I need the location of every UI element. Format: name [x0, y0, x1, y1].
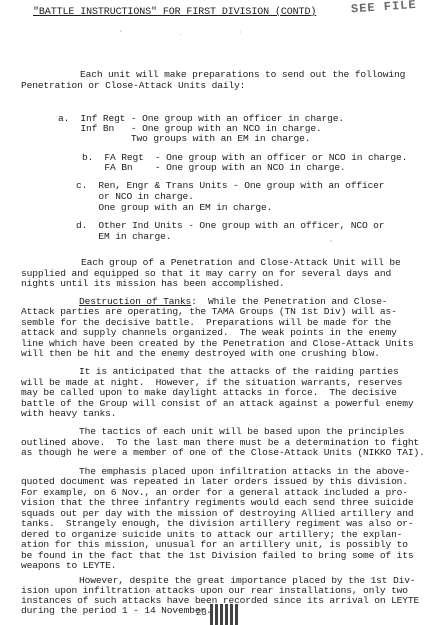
item-c-line-3: One group with an EM in charge. [76, 202, 272, 213]
document-page: SEE FILE "BATTLE INSTRUCTIONS" FOR FIRST… [0, 0, 425, 625]
page-number: 23 [196, 608, 207, 618]
emphasis-line-8: ation for this mission, unusual for an a… [21, 539, 408, 550]
emphasis-line-10: weapons to LEYTE. [21, 560, 116, 571]
stamp-mark-bottom [210, 604, 240, 625]
anticipated-line-3: may be called upon to make daylight atta… [21, 387, 397, 398]
file-stamp: SEE FILE [351, 0, 422, 16]
intro-line-2: Penetration or Close-Attack Units daily: [21, 80, 245, 91]
tanks-line-4: attack and supply channels organized. Th… [21, 327, 397, 338]
scan-speckle [330, 240, 332, 242]
scan-speckle [120, 30, 122, 32]
item-c-line-2: or NCO in charge. [76, 191, 194, 202]
item-c-line-1: c. Ren, Engr & Trans Units - One group w… [76, 180, 384, 191]
scan-speckle [300, 140, 302, 142]
anticipated-line-1: It is anticipated that the attacks of th… [79, 366, 399, 377]
item-d-line-1: d. Other Ind Units - One group with an o… [76, 220, 384, 231]
emphasis-line-6: tanks. Strangely enough, the division ar… [21, 518, 414, 529]
tactics-line-1: The tactics of each unit will be based u… [79, 426, 404, 437]
tanks-line-2: Attack parties are operating, the TAMA G… [21, 306, 397, 317]
scan-speckle [240, 31, 241, 33]
scan-speckle [360, 480, 362, 482]
item-d-line-2: EM in charge. [76, 231, 171, 242]
item-b-line-2: FA Bn - One group with an NCO in charge. [82, 162, 346, 173]
emphasis-line-4: vision that the three infantry regiments… [21, 497, 414, 508]
emphasis-line-2: quoted document was repeated in later or… [21, 476, 408, 487]
scan-speckle [180, 34, 182, 35]
tactics-line-3: as though he were a member of one of the… [21, 447, 425, 458]
intro-line-1: Each unit will make preparations to send… [80, 69, 405, 80]
supply-line-3: nights until its mission has been accomp… [21, 278, 285, 289]
document-title: "BATTLE INSTRUCTIONS" FOR FIRST DIVISION… [33, 7, 316, 18]
anticipated-line-5: with heavy tanks. [21, 408, 116, 419]
tanks-line-6: will then be hit and the enemy destroyed… [21, 348, 380, 359]
however-line-4: during the period 1 - 14 November. [21, 605, 212, 616]
item-a-line-3: Two groups with an EM in charge. [58, 133, 310, 144]
supply-line-1: Each group of a Penetration and Close-At… [81, 257, 401, 268]
